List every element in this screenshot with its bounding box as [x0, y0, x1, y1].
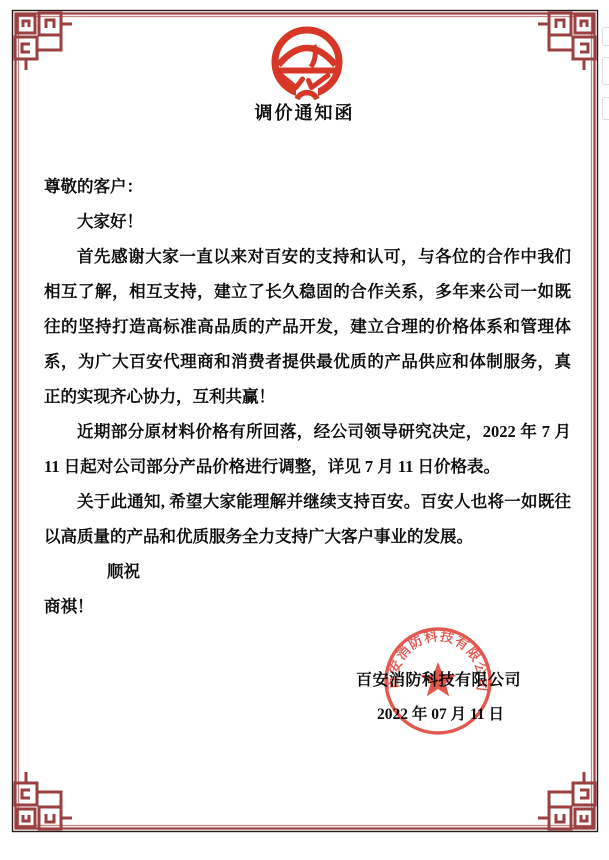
right-edge-widget-3 — [602, 97, 609, 120]
greeting-paragraph: 大家好！ — [44, 204, 571, 239]
salutation: 尊敬的客户： — [44, 169, 571, 204]
closing-regards: 商祺！ — [44, 589, 571, 624]
closing-wish: 顺祝 — [44, 554, 571, 589]
seal-star-icon — [420, 662, 456, 696]
paragraph-thanks: 首先感谢大家一直以来对百安的支持和认可，与各位的合作中我们相互了解，相互支持，建… — [44, 239, 571, 414]
document-title: 调价通知函 — [0, 99, 609, 125]
letter-body: 尊敬的客户： 大家好！ 首先感谢大家一直以来对百安的支持和认可，与各位的合作中我… — [44, 169, 571, 624]
right-edge-widget-2 — [602, 57, 609, 85]
right-edge-widget-1 — [602, 27, 609, 46]
letter-page: 调价通知函 尊敬的客户： 大家好！ 首先感谢大家一直以来对百安的支持和认可，与各… — [0, 0, 609, 860]
company-seal-stamp: 百安消防科技有限公司 — [378, 621, 498, 741]
company-logo-icon — [267, 24, 347, 104]
paragraph-price-adjustment: 近期部分原材料价格有所回落，经公司领导研究决定，2022 年 7 月 11 日起… — [44, 414, 571, 484]
paragraph-support: 关于此通知, 希望大家能理解并继续支持百安。百安人也将一如既往以高质量的产品和优… — [44, 484, 571, 554]
